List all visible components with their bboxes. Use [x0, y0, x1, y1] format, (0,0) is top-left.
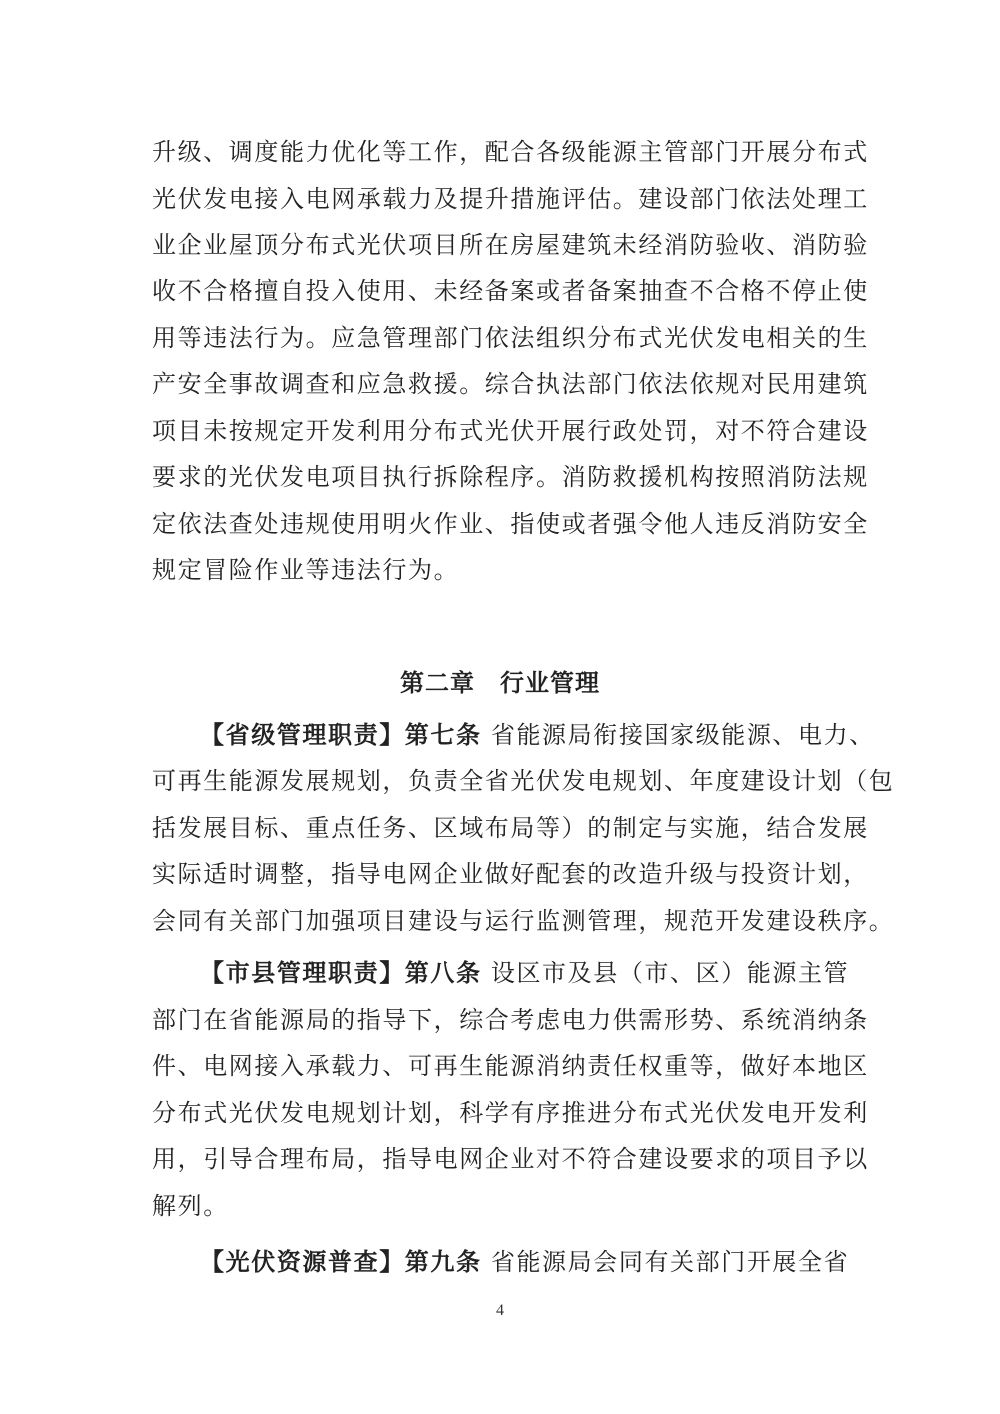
- article-label: 【光伏资源普查】第九条: [200, 1248, 482, 1276]
- text-line: 定依法查处违规使用明火作业、指使或者强令他人违反消防安全: [152, 501, 848, 547]
- article-first-line: 【市县管理职责】第八条 设区市及县（市、区）能源主管: [200, 950, 848, 996]
- text-line: 要求的光伏发电项目执行拆除程序。消防救援机构按照消防法规: [152, 454, 848, 500]
- text-line: 收不合格擅自投入使用、未经备案或者备案抽查不合格不停止使: [152, 268, 848, 314]
- text-line: 实际适时调整，指导电网企业做好配套的改造升级与投资计划，: [152, 851, 848, 897]
- article-text: 设区市及县（市、区）能源主管: [482, 959, 850, 987]
- article-text: 省能源局会同有关部门开展全省: [482, 1248, 850, 1276]
- text-line: 会同有关部门加强项目建设与运行监测管理，规范开发建设秩序。: [152, 898, 848, 944]
- text-line: 光伏发电接入电网承载力及提升措施评估。建设部门依法处理工: [152, 176, 848, 222]
- text-line: 件、电网接入承载力、可再生能源消纳责任权重等，做好本地区: [152, 1043, 848, 1089]
- text-line: 业企业屋顶分布式光伏项目所在房屋建筑未经消防验收、消防验: [152, 222, 848, 268]
- text-line: 规定冒险作业等违法行为。: [152, 547, 848, 593]
- text-line: 括发展目标、重点任务、区域布局等）的制定与实施，结合发展: [152, 805, 848, 851]
- text-line: 项目未按规定开发利用分布式光伏开展行政处罚，对不符合建设: [152, 408, 848, 454]
- article-label: 【市县管理职责】第八条: [200, 959, 482, 987]
- text-line: 部门在省能源局的指导下，综合考虑电力供需形势、系统消纳条: [152, 997, 848, 1043]
- article-text: 省能源局衔接国家级能源、电力、: [482, 721, 875, 749]
- text-line: 可再生能源发展规划，负责全省光伏发电规划、年度建设计划（包: [152, 758, 848, 804]
- document-page: 升级、调度能力优化等工作，配合各级能源主管部门开展分布式 光伏发电接入电网承载力…: [0, 0, 1000, 1414]
- text-line: 分布式光伏发电规划计划，科学有序推进分布式光伏发电开发利: [152, 1090, 848, 1136]
- article-first-line: 【光伏资源普查】第九条 省能源局会同有关部门开展全省: [200, 1239, 848, 1285]
- text-line: 解列。: [152, 1183, 848, 1229]
- text-line: 用等违法行为。应急管理部门依法组织分布式光伏发电相关的生: [152, 315, 848, 361]
- page-number: 4: [0, 1302, 1000, 1320]
- text-line: 升级、调度能力优化等工作，配合各级能源主管部门开展分布式: [152, 129, 848, 175]
- article-first-line: 【省级管理职责】第七条 省能源局衔接国家级能源、电力、: [200, 712, 848, 758]
- chapter-heading: 第二章 行业管理: [0, 660, 1000, 706]
- text-line: 产安全事故调查和应急救援。综合执法部门依法依规对民用建筑: [152, 361, 848, 407]
- article-label: 【省级管理职责】第七条: [200, 721, 482, 749]
- text-line: 用，引导合理布局，指导电网企业对不符合建设要求的项目予以: [152, 1136, 848, 1182]
